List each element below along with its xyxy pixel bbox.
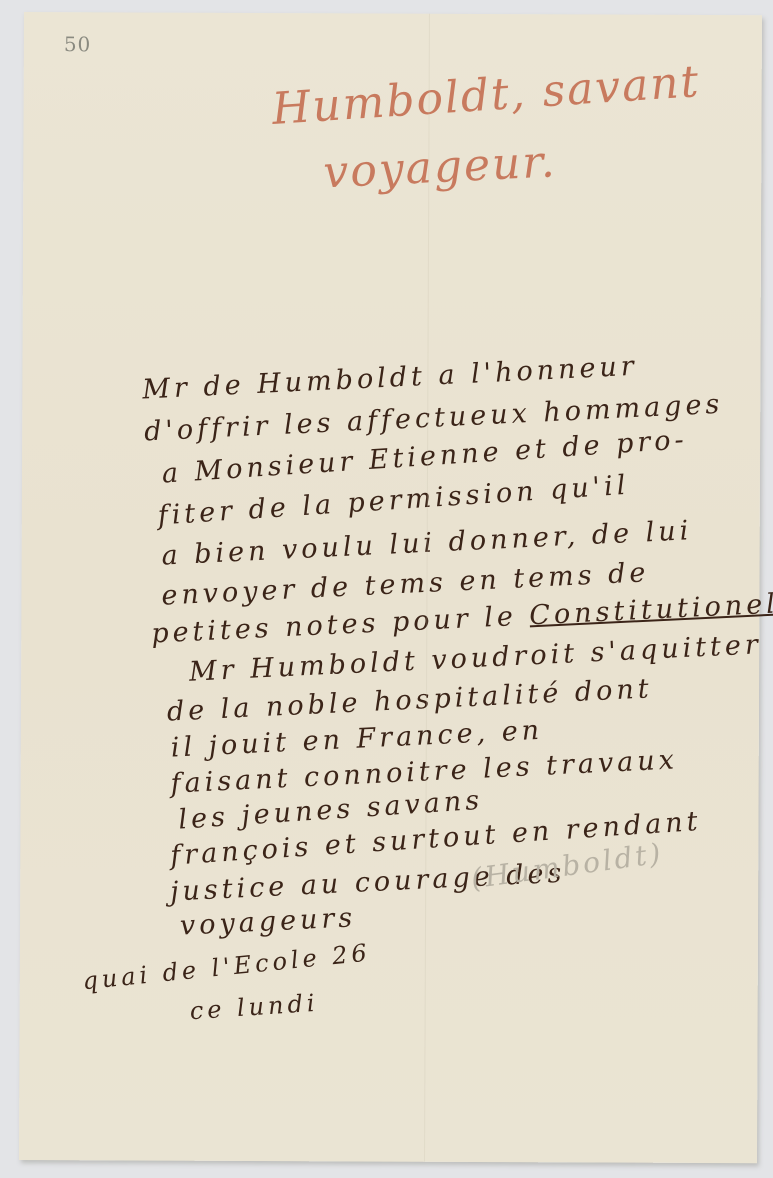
letter-paper: 50 Humboldt, savant voyageur. Mr de Humb… <box>19 12 762 1163</box>
address-line-2: ce lundi <box>189 989 319 1025</box>
annotation-title-line-2: voyageur. <box>322 136 557 198</box>
folio-number: 50 <box>64 32 92 56</box>
underlined-word: Constitutionel <box>529 588 773 631</box>
address-line-1: quai de l'Ecole 26 <box>81 938 372 995</box>
annotation-title-line-1: Humboldt, savant <box>270 56 701 135</box>
body-line: voyageurs <box>179 902 357 941</box>
letter-body: Mr de Humboldt a l'honneur d'offrir les … <box>24 12 762 15</box>
